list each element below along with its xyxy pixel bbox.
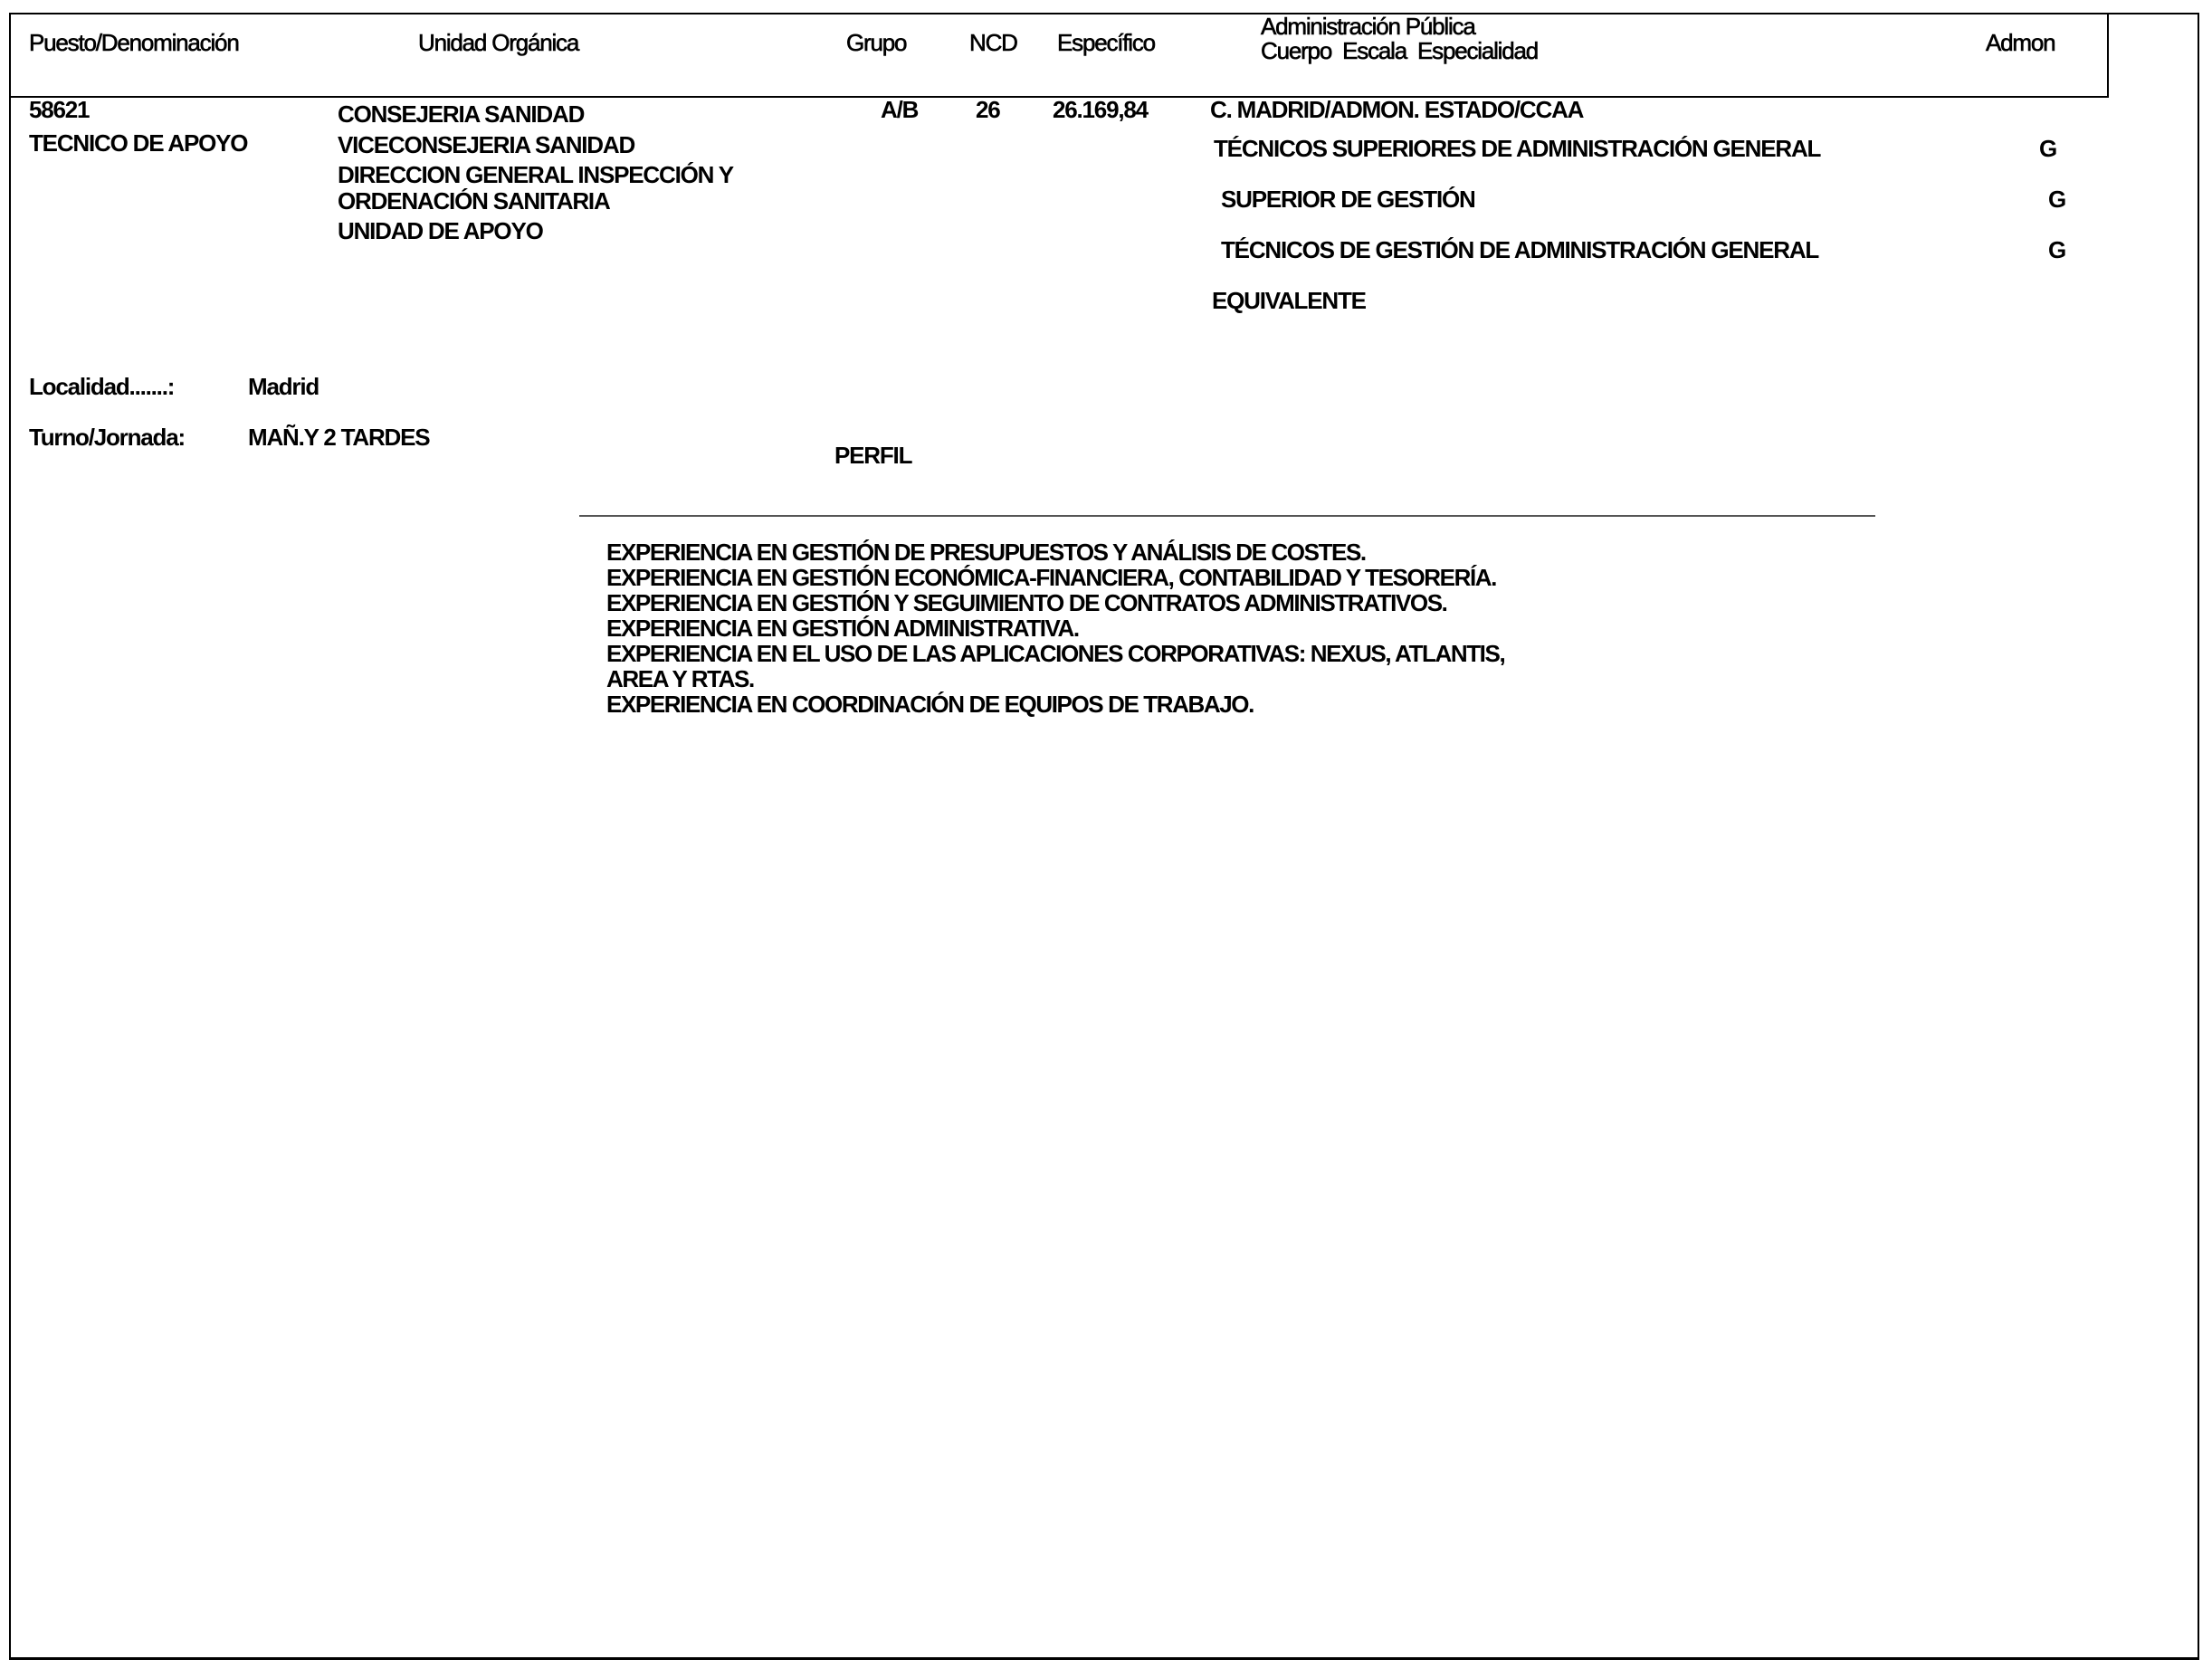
perfil-line: EXPERIENCIA EN GESTIÓN ADMINISTRATIVA. — [606, 615, 1504, 641]
perfil-line: AREA Y RTAS. — [606, 666, 1504, 691]
cuerpo-nombre: TÉCNICOS DE GESTIÓN DE ADMINISTRACIÓN GE… — [1221, 236, 1818, 264]
perfil-title: PERFIL — [834, 442, 911, 470]
puesto-codigo: 58621 — [29, 96, 89, 124]
col-header-unidad: Unidad Orgánica — [418, 29, 578, 57]
administracion-value: C. MADRID/ADMON. ESTADO/CCAA — [1210, 96, 1583, 124]
perfil-line: EXPERIENCIA EN EL USO DE LAS APLICACIONE… — [606, 641, 1504, 666]
puesto-denominacion: TECNICO DE APOYO — [29, 129, 247, 157]
col-header-admon: Admon — [1986, 29, 2055, 57]
especifico-value: 26.169,84 — [1053, 96, 1148, 124]
cuerpo-admon: G — [2039, 135, 2056, 163]
unidad-line: UNIDAD DE APOYO — [338, 217, 543, 245]
perfil-list: EXPERIENCIA EN GESTIÓN DE PRESUPUESTOS Y… — [606, 539, 1504, 717]
perfil-line: EXPERIENCIA EN GESTIÓN Y SEGUIMIENTO DE … — [606, 590, 1504, 615]
unidad-line: ORDENACIÓN SANITARIA — [338, 187, 610, 215]
turno-value: MAÑ.Y 2 TARDES — [248, 424, 429, 452]
col-header-ncd: NCD — [969, 29, 1017, 57]
unidad-line: DIRECCION GENERAL INSPECCIÓN Y — [338, 161, 733, 189]
cuerpo-nombre: SUPERIOR DE GESTIÓN — [1221, 186, 1475, 214]
turno-label: Turno/Jornada: — [29, 424, 185, 452]
ncd-value: 26 — [976, 96, 1000, 124]
cuerpo-nombre: TÉCNICOS SUPERIORES DE ADMINISTRACIÓN GE… — [1214, 135, 1820, 163]
perfil-divider — [579, 515, 1875, 517]
unidad-line: VICECONSEJERIA SANIDAD — [338, 131, 634, 159]
grupo-value: A/B — [881, 96, 918, 124]
col-header-cuerpo-escala: Cuerpo Escala Especialidad — [1261, 37, 1538, 65]
equivalente-label: EQUIVALENTE — [1212, 287, 1366, 315]
col-header-grupo: Grupo — [846, 29, 906, 57]
unidad-line: CONSEJERIA SANIDAD — [338, 100, 584, 129]
localidad-label: Localidad.......: — [29, 373, 174, 401]
localidad-value: Madrid — [248, 373, 319, 401]
col-header-puesto: Puesto/Denominación — [29, 29, 239, 57]
cuerpo-admon: G — [2048, 186, 2065, 214]
page-border — [9, 13, 2199, 1660]
perfil-line: EXPERIENCIA EN GESTIÓN DE PRESUPUESTOS Y… — [606, 539, 1504, 565]
perfil-line: EXPERIENCIA EN COORDINACIÓN DE EQUIPOS D… — [606, 691, 1504, 717]
col-header-especifico: Específico — [1057, 29, 1155, 57]
perfil-line: EXPERIENCIA EN GESTIÓN ECONÓMICA-FINANCI… — [606, 565, 1504, 590]
cuerpo-admon: G — [2048, 236, 2065, 264]
